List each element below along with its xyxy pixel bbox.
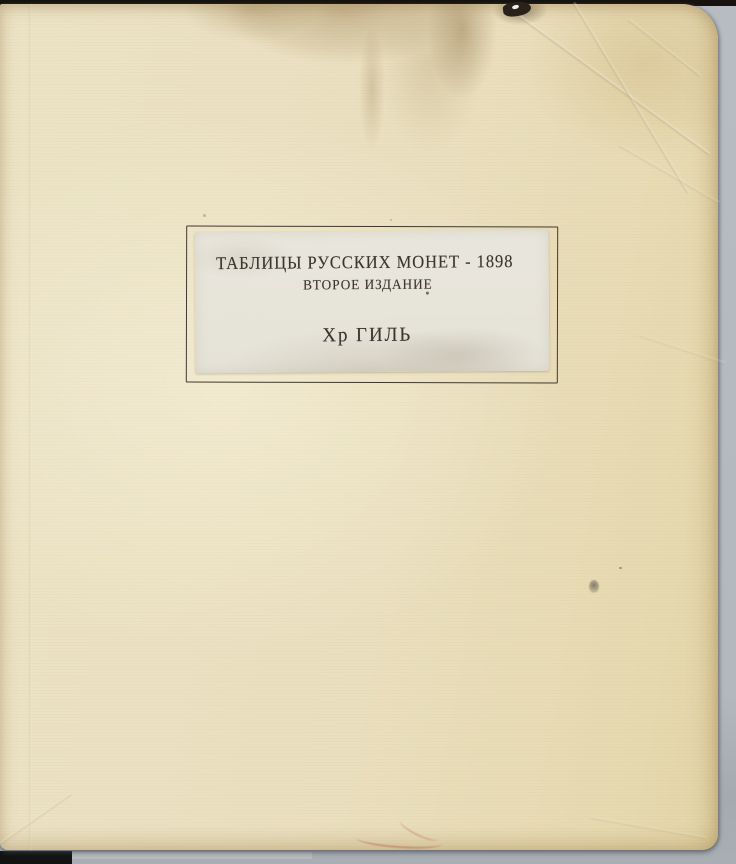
crease-line <box>628 19 701 77</box>
cover-author: Хр ГИЛЬ <box>194 323 540 348</box>
scanned-page: ТАБЛИЦЫ РУССКИХ МОНЕТ - 1898 ВТОРОЕ ИЗДА… <box>0 0 736 864</box>
crease-line <box>639 334 726 365</box>
crease-line <box>0 793 72 845</box>
smudge-spot <box>589 580 599 593</box>
scan-corner-gray <box>72 852 312 859</box>
speck <box>390 219 392 221</box>
speck <box>619 567 622 569</box>
speck <box>203 214 206 217</box>
scan-corner-black <box>0 851 72 864</box>
crease-line <box>572 2 689 194</box>
ink-dot <box>426 292 429 295</box>
crease-line <box>503 4 710 156</box>
book-cover: ТАБЛИЦЫ РУССКИХ МОНЕТ - 1898 ВТОРОЕ ИЗДА… <box>0 4 718 850</box>
cover-edition: ВТОРОЕ ИЗДАНИЕ <box>196 277 540 295</box>
crease-line <box>589 816 706 839</box>
torn-spot <box>502 0 532 18</box>
crease-line <box>29 4 31 850</box>
cover-title: ТАБЛИЦЫ РУССКИХ МОНЕТ - 1898 <box>195 251 534 274</box>
title-label: ТАБЛИЦЫ РУССКИХ МОНЕТ - 1898 ВТОРОЕ ИЗДА… <box>195 230 550 373</box>
